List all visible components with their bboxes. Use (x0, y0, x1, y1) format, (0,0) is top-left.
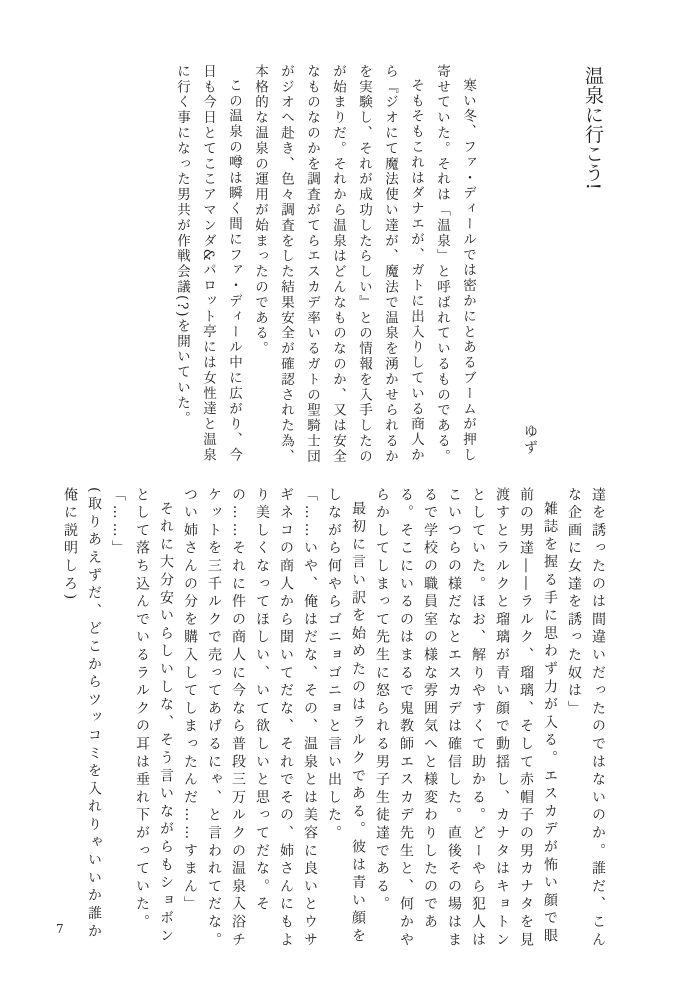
author-name: ゆず (520, 424, 540, 456)
story-paragraph: 「……いや、俺はだな、その、温泉とは美容に良いとウサギネコの商人から聞いてだな、… (178, 487, 322, 951)
story-paragraph: 最初に言い訳を始めたのはラルクである。彼は青い顔をしながら何やらゴニョゴニョと言… (322, 487, 370, 951)
story-paragraph: それに大分安いらしいしな、そう言いながらもショボンとして落ち込んでいるラルクの耳… (130, 487, 178, 951)
novel-page: 温泉に行こう! ゆず 寒い冬、ファ・ディールでは密かにとあるブームが押し寄せてい… (0, 0, 700, 992)
story-paragraph: 雑誌を握る手に思わず力が入る。エスカデが怖い顔で眼前の男達――ラルク、瑠璃、そし… (370, 487, 562, 951)
story-paragraph: 達を誘ったのは間違いだったのではないのか。誰だ、こんな企画に女達を誘った奴は」 (562, 487, 610, 951)
story-paragraph: (取りあえずだ、どこからツッコミを入れりゃいいか誰か俺に説明しろ) (58, 487, 106, 951)
story-paragraph: そもそもこれはダナエが、ガトに出入りしている商人から『ジオにて魔法使い達が、魔法… (247, 64, 429, 466)
story-paragraph: この温泉の噂は瞬く間にファ・ディール中に広がり、今日も今日とてここアマンダ&パロ… (169, 64, 247, 466)
story-paragraph: 「……」 (106, 487, 130, 951)
page-title: 温泉に行こう! (580, 66, 607, 190)
story-text-bottom: 達を誘ったのは間違いだったのではないのか。誰だ、こんな企画に女達を誘った奴は」 … (54, 487, 610, 951)
story-text-top: 寒い冬、ファ・ディールでは密かにとあるブームが押し寄せていた。それは「温泉」と呼… (163, 64, 481, 466)
page-number: 7 (56, 922, 64, 936)
story-paragraph: 寒い冬、ファ・ディールでは密かにとあるブームが押し寄せていた。それは「温泉」と呼… (429, 64, 481, 466)
